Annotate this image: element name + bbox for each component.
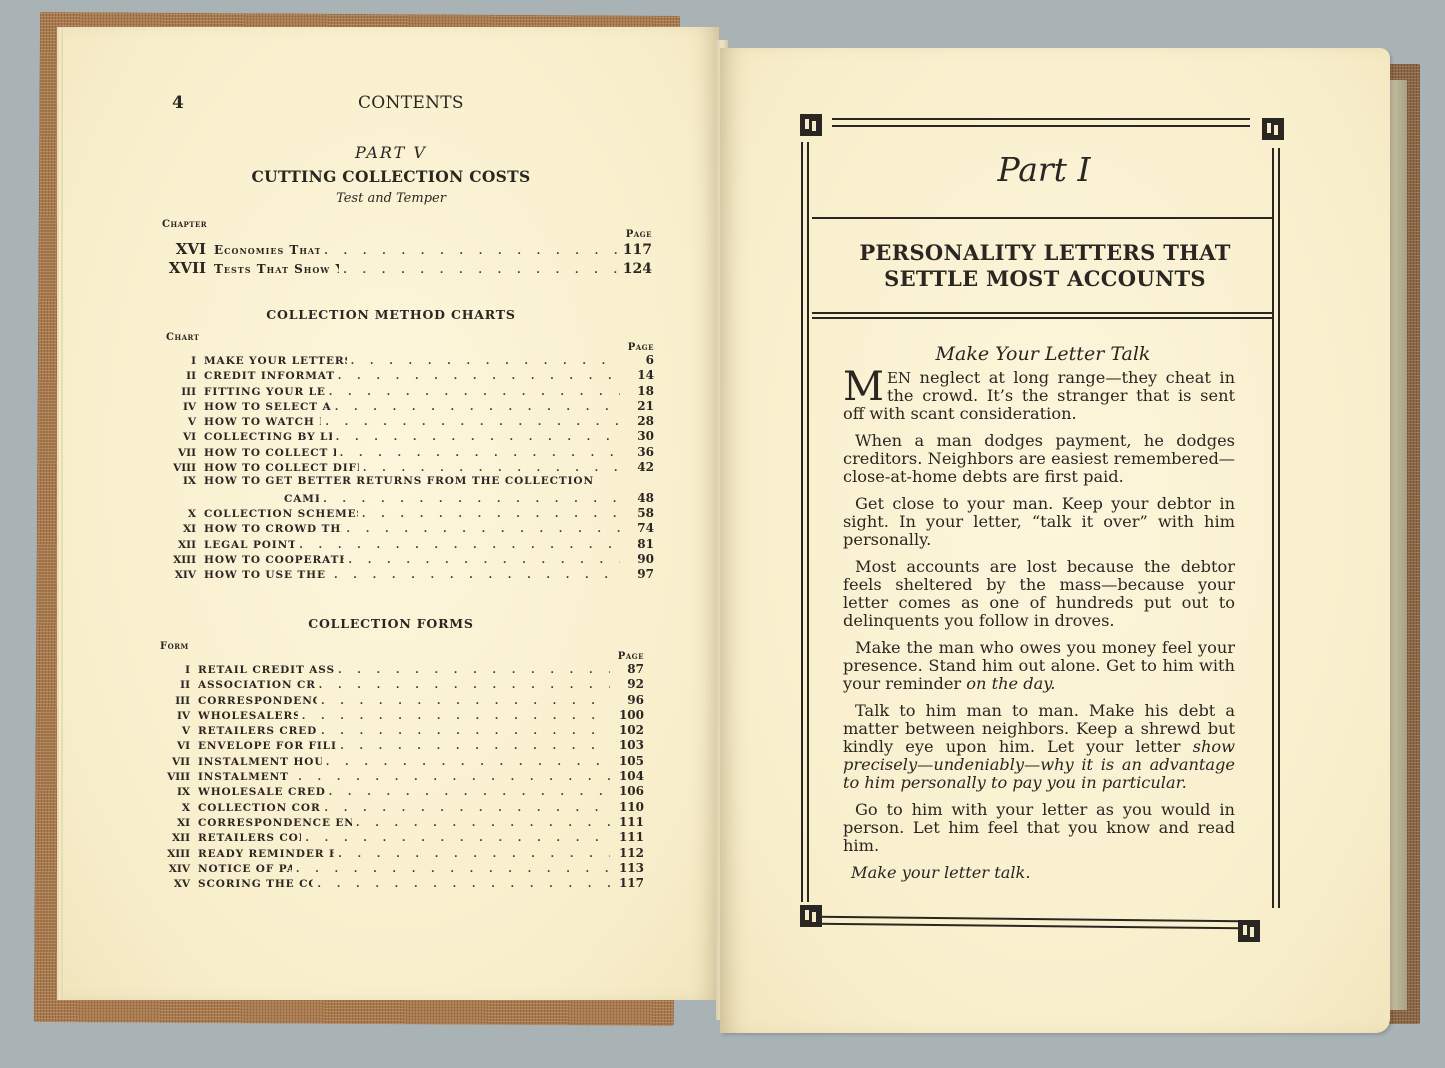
closing-line: Make your letter talk. bbox=[843, 864, 1235, 882]
toc-row[interactable]: XIILEGAL POINTS TO WATCH81 bbox=[166, 537, 654, 552]
toc-row[interactable]: XIVHOW TO USE THE COLLECTION LAWYER97 bbox=[166, 567, 654, 582]
divider-rule bbox=[812, 217, 1272, 219]
leader-dots bbox=[336, 447, 620, 459]
paragraph: Get close to your man. Keep your debtor … bbox=[843, 495, 1235, 549]
running-head: CONTENTS bbox=[358, 93, 464, 113]
page-ref: 58 bbox=[620, 506, 654, 520]
page-ref: 21 bbox=[620, 399, 654, 413]
paragraph: MEN neglect at long range—they cheat in … bbox=[843, 369, 1235, 423]
item-title: COLLECTION CORRESPONDENCE CARD bbox=[198, 802, 320, 814]
item-title: LEGAL POINTS TO WATCH bbox=[204, 539, 295, 551]
item-number: IV bbox=[160, 710, 198, 722]
item-title: WHOLESALE CREDIT STATEMENT BLANK bbox=[198, 786, 325, 798]
item-number: I bbox=[160, 664, 198, 676]
item-number: XII bbox=[160, 832, 198, 844]
page-ref: 36 bbox=[620, 445, 654, 459]
page-ref: 102 bbox=[610, 723, 644, 737]
toc-row[interactable]: VIENVELOPE FOR FILING CREDIT INFORMATION… bbox=[160, 738, 644, 753]
paragraph: Make the man who owes you money feel you… bbox=[843, 639, 1235, 693]
item-number: XIII bbox=[166, 554, 204, 566]
leader-dots bbox=[334, 664, 610, 676]
item-title: HOW TO CROWD THE DEBTOR INTO PAYMENT bbox=[204, 523, 342, 535]
page-ref: 18 bbox=[620, 384, 654, 398]
item-title: ENVELOPE FOR FILING CREDIT INFORMATION bbox=[198, 740, 336, 752]
item-number: XI bbox=[166, 523, 204, 535]
item-number: XIV bbox=[160, 863, 198, 875]
column-label-chart: Chart bbox=[166, 332, 199, 353]
toc-row[interactable]: XIIIREADY REMINDER FOR INSTALMENT BUYERS… bbox=[160, 846, 644, 861]
toc-row[interactable]: XIIRETAILERS COLLECTION CARD111 bbox=[160, 830, 644, 845]
leader-dots bbox=[319, 493, 620, 505]
item-title: CREDIT INFORMATION AND ITS SOURCES bbox=[204, 370, 334, 382]
forms-section-title: COLLECTION FORMS bbox=[62, 616, 720, 631]
page-ref: 104 bbox=[610, 769, 644, 783]
page-ref: 97 bbox=[620, 567, 654, 581]
leader-dots bbox=[321, 416, 620, 428]
page-ref: 103 bbox=[610, 738, 644, 752]
leader-dots bbox=[334, 848, 610, 860]
toc-row[interactable]: IVHOW TO SELECT A COLLECTION APPEAL21 bbox=[166, 399, 654, 414]
toc-row[interactable]: IIIFITTING YOUR LETTER TO YOUR MAN18 bbox=[166, 384, 654, 399]
chapter-number: XVI bbox=[162, 240, 214, 258]
top-double-rule bbox=[832, 118, 1250, 127]
leader-dots bbox=[294, 771, 610, 783]
toc-row[interactable]: IIASSOCIATION CREDIT RATING CARD92 bbox=[160, 677, 644, 692]
item-title: CAMPAIGN bbox=[204, 493, 319, 505]
item-title: RETAILERS COLLECTION CARD bbox=[198, 832, 301, 844]
item-number: I bbox=[166, 355, 204, 367]
toc-row[interactable]: IXHOW TO GET BETTER RETURNS FROM THE COL… bbox=[166, 475, 654, 490]
page-ref: 124 bbox=[618, 261, 652, 277]
item-title: COLLECTION SCHEMES WHICH BRING IN THE MO… bbox=[204, 508, 358, 520]
item-number: VIII bbox=[160, 771, 198, 783]
leader-dots bbox=[332, 431, 620, 443]
item-title: CORRESPONDENCE ENVELOPE WITH DOUBLE TICK… bbox=[198, 817, 352, 829]
page-ref: 48 bbox=[620, 491, 654, 505]
item-title: INSTALMENT LEDGER CARD bbox=[198, 771, 294, 783]
item-number: XIII bbox=[160, 848, 198, 860]
item-number: X bbox=[160, 802, 198, 814]
toc-row[interactable]: VIIIINSTALMENT LEDGER CARD104 bbox=[160, 769, 644, 784]
toc-row[interactable]: XVII Tests That Show Your Strongest Lett… bbox=[162, 259, 652, 278]
item-title: WHOLESALERS CREDIT CARD bbox=[198, 710, 298, 722]
page-ref: 14 bbox=[620, 368, 654, 382]
toc-row[interactable]: XIVNOTICE OF PAYMENT PLAN113 bbox=[160, 861, 644, 876]
toc-row[interactable]: IRETAIL CREDIT ASSOCIATION RATING SHEET8… bbox=[160, 662, 644, 677]
column-label-page: Page bbox=[626, 229, 652, 240]
item-title: HOW TO SELECT A COLLECTION APPEAL bbox=[204, 401, 331, 413]
page-ref: 110 bbox=[610, 800, 644, 814]
left-double-rule bbox=[801, 142, 809, 902]
item-title: HOW TO COLLECT DIFFICULT INSTALMENT ACCO… bbox=[204, 462, 359, 474]
item-number: III bbox=[166, 386, 204, 398]
toc-row[interactable]: IIICORRESPONDENCE CARD AND INDEX96 bbox=[160, 693, 644, 708]
item-number: V bbox=[160, 725, 198, 737]
toc-row[interactable]: IMAKE YOUR LETTERS CLASSIFY YOUR DEBTORS… bbox=[166, 353, 654, 368]
chapter-title: Tests That Show Your Strongest Letters bbox=[214, 262, 339, 276]
item-number: XII bbox=[166, 539, 204, 551]
page-ref: 90 bbox=[620, 552, 654, 566]
column-headers: Chart Page bbox=[166, 332, 654, 353]
leader-dots bbox=[317, 725, 610, 737]
toc-row[interactable]: XCOLLECTION SCHEMES WHICH BRING IN THE M… bbox=[166, 506, 654, 521]
toc-row[interactable]: VICOLLECTING BY LETTER FROM DEALERS30 bbox=[166, 429, 654, 444]
drop-cap: M bbox=[843, 371, 884, 403]
toc-row[interactable]: XIHOW TO CROWD THE DEBTOR INTO PAYMENT74 bbox=[166, 521, 654, 536]
page-ref: 100 bbox=[610, 708, 644, 722]
page-ref: 92 bbox=[610, 677, 644, 691]
paragraph: Talk to him man to man. Make his debt a … bbox=[843, 702, 1235, 792]
toc-row[interactable]: XICORRESPONDENCE ENVELOPE WITH DOUBLE TI… bbox=[160, 815, 644, 830]
page-ref: 111 bbox=[610, 830, 644, 844]
paragraph-text: Talk to him man to man. Make his debt a … bbox=[843, 701, 1235, 756]
leader-dots bbox=[298, 710, 610, 722]
leader-dots bbox=[339, 264, 618, 276]
leader-dots bbox=[322, 756, 610, 768]
item-number: IV bbox=[166, 401, 204, 413]
page-ref: 74 bbox=[620, 521, 654, 535]
smallcaps-lead: EN bbox=[887, 369, 911, 387]
chapter-title: Economies That Increase Profits bbox=[214, 243, 320, 257]
item-number: IX bbox=[166, 475, 204, 487]
leader-dots bbox=[301, 832, 610, 844]
item-number: VI bbox=[160, 740, 198, 752]
page-number: 4 bbox=[172, 93, 184, 113]
item-number: VIII bbox=[166, 462, 204, 474]
toc-row[interactable]: IICREDIT INFORMATION AND ITS SOURCES14 bbox=[166, 368, 654, 383]
chapter-number: XVII bbox=[162, 259, 214, 277]
leader-dots bbox=[352, 817, 610, 829]
leader-dots bbox=[344, 554, 620, 566]
leader-dots bbox=[320, 245, 618, 257]
page-ref: 112 bbox=[610, 846, 644, 860]
corner-ornament-bottom-right bbox=[1238, 920, 1260, 942]
toc-row[interactable]: XIIIHOW TO COOPERATE WITH OTHER CREDITOR… bbox=[166, 552, 654, 567]
item-number: VI bbox=[166, 431, 204, 443]
corner-ornament-top-left bbox=[800, 114, 822, 136]
toc-row[interactable]: VIIINSTALMENT HOUSE QUESTION BLANK105 bbox=[160, 754, 644, 769]
leader-dots bbox=[320, 802, 610, 814]
item-title: NOTICE OF PAYMENT PLAN bbox=[198, 863, 292, 875]
emphasis-text: on the day. bbox=[966, 674, 1055, 693]
item-number: III bbox=[160, 695, 198, 707]
leader-dots bbox=[342, 523, 620, 535]
page-ref: 28 bbox=[620, 414, 654, 428]
leader-dots bbox=[334, 370, 620, 382]
column-label-page: Page bbox=[618, 651, 644, 662]
page-ref: 117 bbox=[610, 876, 644, 890]
chapter-title: PERSONALITY LETTERS THAT SETTLE MOST ACC… bbox=[810, 240, 1280, 292]
corner-ornament-top-right bbox=[1262, 118, 1284, 140]
charts-section-title: COLLECTION METHOD CHARTS bbox=[62, 307, 720, 322]
leader-dots bbox=[317, 695, 610, 707]
leader-dots bbox=[325, 786, 610, 798]
item-number: II bbox=[160, 679, 198, 691]
item-title: CORRESPONDENCE CARD AND INDEX bbox=[198, 695, 317, 707]
section-subheading: Make Your Letter Talk bbox=[843, 345, 1235, 363]
page-ref: 106 bbox=[610, 784, 644, 798]
item-number: XI bbox=[160, 817, 198, 829]
item-number: VII bbox=[160, 756, 198, 768]
page-ref: 30 bbox=[620, 429, 654, 443]
leader-dots bbox=[325, 386, 620, 398]
leader-dots bbox=[359, 462, 620, 474]
column-headers: Chapter Page bbox=[162, 219, 652, 240]
paragraph: Most accounts are lost because the debto… bbox=[843, 558, 1235, 630]
page-ref: 42 bbox=[620, 460, 654, 474]
corner-ornament-bottom-left bbox=[800, 905, 822, 927]
leader-dots bbox=[358, 508, 620, 520]
item-title: MAKE YOUR LETTERS CLASSIFY YOUR DEBTORS bbox=[204, 355, 347, 367]
toc-row[interactable]: VRETAILERS CREDIT GUARANTY FORM102 bbox=[160, 723, 644, 738]
item-number: IX bbox=[160, 786, 198, 798]
toc-row-continuation[interactable]: ·CAMPAIGN48 bbox=[166, 491, 654, 506]
item-title: HOW TO COLLECT FOR THE RETAIL STORE bbox=[204, 447, 336, 459]
forms-list: Form Page IRETAIL CREDIT ASSOCIATION RAT… bbox=[160, 641, 644, 891]
item-title: COLLECTING BY LETTER FROM DEALERS bbox=[204, 431, 332, 443]
item-title: HOW TO COOPERATE WITH OTHER CREDITORS bbox=[204, 554, 344, 566]
page-ref: 117 bbox=[618, 242, 652, 258]
item-title: READY REMINDER FOR INSTALMENT BUYERS bbox=[198, 848, 334, 860]
leader-dots bbox=[330, 569, 620, 581]
divider-double-rule bbox=[812, 312, 1272, 319]
charts-list: Chart Page IMAKE YOUR LETTERS CLASSIFY Y… bbox=[166, 332, 654, 582]
toc-row[interactable]: IXWHOLESALE CREDIT STATEMENT BLANK106 bbox=[160, 784, 644, 799]
leader-dots bbox=[295, 539, 620, 551]
toc-row[interactable]: XVI Economies That Increase Profits 117 bbox=[162, 240, 652, 259]
item-title: RETAIL CREDIT ASSOCIATION RATING SHEET bbox=[198, 664, 334, 676]
item-title: HOW TO WATCH DEALER ACCOUNTS bbox=[204, 416, 321, 428]
item-number: II bbox=[166, 370, 204, 382]
leader-dots bbox=[315, 679, 610, 691]
chapter-list: Chapter Page XVI Economies That Increase… bbox=[162, 219, 652, 278]
item-number: X bbox=[166, 508, 204, 520]
item-title: RETAILERS CREDIT GUARANTY FORM bbox=[198, 725, 317, 737]
item-title: INSTALMENT HOUSE QUESTION BLANK bbox=[198, 756, 322, 768]
column-label-page: Page bbox=[628, 342, 654, 353]
paragraph: When a man dodges payment, he dodges cre… bbox=[843, 432, 1235, 486]
part-subtitle: Test and Temper bbox=[62, 191, 720, 206]
page-ref: 111 bbox=[610, 815, 644, 829]
part-title: CUTTING COLLECTION COSTS bbox=[62, 167, 720, 186]
item-number: VII bbox=[166, 447, 204, 459]
page-ref: 81 bbox=[620, 537, 654, 551]
column-label-chapter: Chapter bbox=[162, 219, 207, 240]
leader-dots bbox=[292, 863, 610, 875]
toc-row[interactable]: IVWHOLESALERS CREDIT CARD100 bbox=[160, 708, 644, 723]
toc-row[interactable]: VIIIHOW TO COLLECT DIFFICULT INSTALMENT … bbox=[166, 460, 654, 475]
contents-page: 4 CONTENTS PART V CUTTING COLLECTION COS… bbox=[62, 27, 720, 1000]
item-title: HOW TO GET BETTER RETURNS FROM THE COLLE… bbox=[204, 475, 594, 487]
item-number: XIV bbox=[166, 569, 204, 581]
item-number: V bbox=[166, 416, 204, 428]
page-ref: 113 bbox=[610, 861, 644, 875]
toc-row[interactable]: VIIHOW TO COLLECT FOR THE RETAIL STORE36 bbox=[166, 445, 654, 460]
item-title: FITTING YOUR LETTER TO YOUR MAN bbox=[204, 386, 325, 398]
paragraph: Go to him with your letter as you would … bbox=[843, 801, 1235, 855]
chapter-body: Make Your Letter Talk MEN neglect at lon… bbox=[843, 345, 1235, 882]
chapter-title-line-2: SETTLE MOST ACCOUNTS bbox=[810, 266, 1280, 292]
page-ref: 87 bbox=[610, 662, 644, 676]
column-label-form: Form bbox=[160, 641, 189, 662]
item-title: HOW TO USE THE COLLECTION LAWYER bbox=[204, 569, 330, 581]
column-headers: Form Page bbox=[160, 641, 644, 662]
item-number: XV bbox=[160, 878, 198, 890]
part-label: PART V bbox=[62, 143, 720, 162]
toc-row[interactable]: VHOW TO WATCH DEALER ACCOUNTS28 bbox=[166, 414, 654, 429]
toc-row[interactable]: XVSCORING THE COLLECTION LETTER117 bbox=[160, 876, 644, 891]
leader-dots bbox=[336, 740, 610, 752]
toc-row[interactable]: XCOLLECTION CORRESPONDENCE CARD110 bbox=[160, 800, 644, 815]
leader-dots bbox=[331, 401, 620, 413]
leader-dots bbox=[313, 878, 610, 890]
page-ref: 105 bbox=[610, 754, 644, 768]
leader-dots bbox=[347, 355, 620, 367]
page-ref: 96 bbox=[610, 693, 644, 707]
item-title: ASSOCIATION CREDIT RATING CARD bbox=[198, 679, 315, 691]
page-ref: 6 bbox=[620, 353, 654, 367]
item-title: SCORING THE COLLECTION LETTER bbox=[198, 878, 313, 890]
part-heading: Part I bbox=[800, 150, 1288, 189]
chapter-title-line-1: PERSONALITY LETTERS THAT bbox=[810, 240, 1280, 266]
